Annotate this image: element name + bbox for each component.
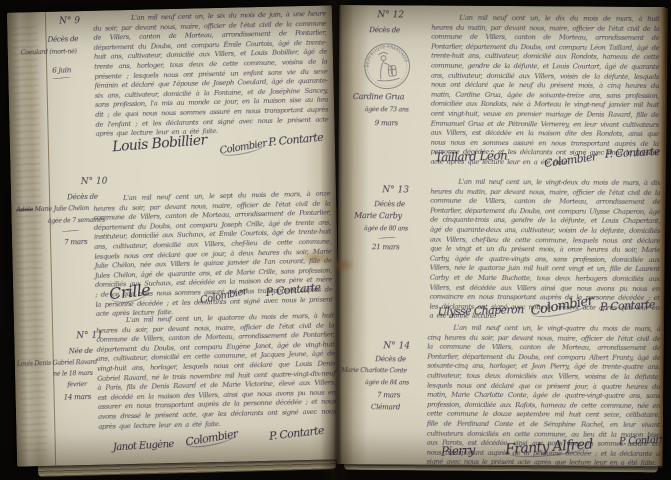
margin-note-line: Née de [69, 347, 93, 356]
signature: Janot Eugène [113, 439, 174, 453]
ink-stain [299, 249, 333, 266]
margin-note-line: février [67, 381, 86, 389]
margin-note-line: âgée de 84 ans [365, 379, 409, 387]
margin-note-line: 14 mars [64, 393, 92, 402]
signature: Colombier [185, 427, 239, 449]
margin-note-line: né le 18 mars [53, 370, 93, 379]
entry-number: N° 14 [383, 342, 410, 350]
left-page: N° 9 Décès de Coeulard (mort-né) 6 juin … [7, 5, 342, 466]
death-record-entry-11: N° 11 Née de Louis Denis Gabriel Ravard … [7, 5, 342, 466]
right-page: N° 12 Décès de RÉPUBLIQUE FRANÇAISE [337, 5, 666, 466]
register-scan-background: N° 9 Décès de Coeulard (mort-né) 6 juin … [0, 0, 671, 480]
entry-body-text: L'an mil neuf cent un, le quatorze du mo… [96, 311, 337, 431]
margin-note-line: Louis Denis Gabriel Ravard [17, 359, 97, 369]
margin-note-line: Clémard [371, 403, 400, 411]
gutter-shadow [320, 0, 354, 480]
margin-note-line: Décès de [375, 355, 406, 363]
ink-stain [329, 258, 355, 272]
death-record-entry-14: N° 14 Décès de Marie Charlotte Conte âgé… [337, 5, 666, 466]
signature: Pierry [441, 443, 475, 459]
signature: P. Contarte [619, 434, 666, 447]
margin-note-line: 7 mars [377, 391, 400, 399]
